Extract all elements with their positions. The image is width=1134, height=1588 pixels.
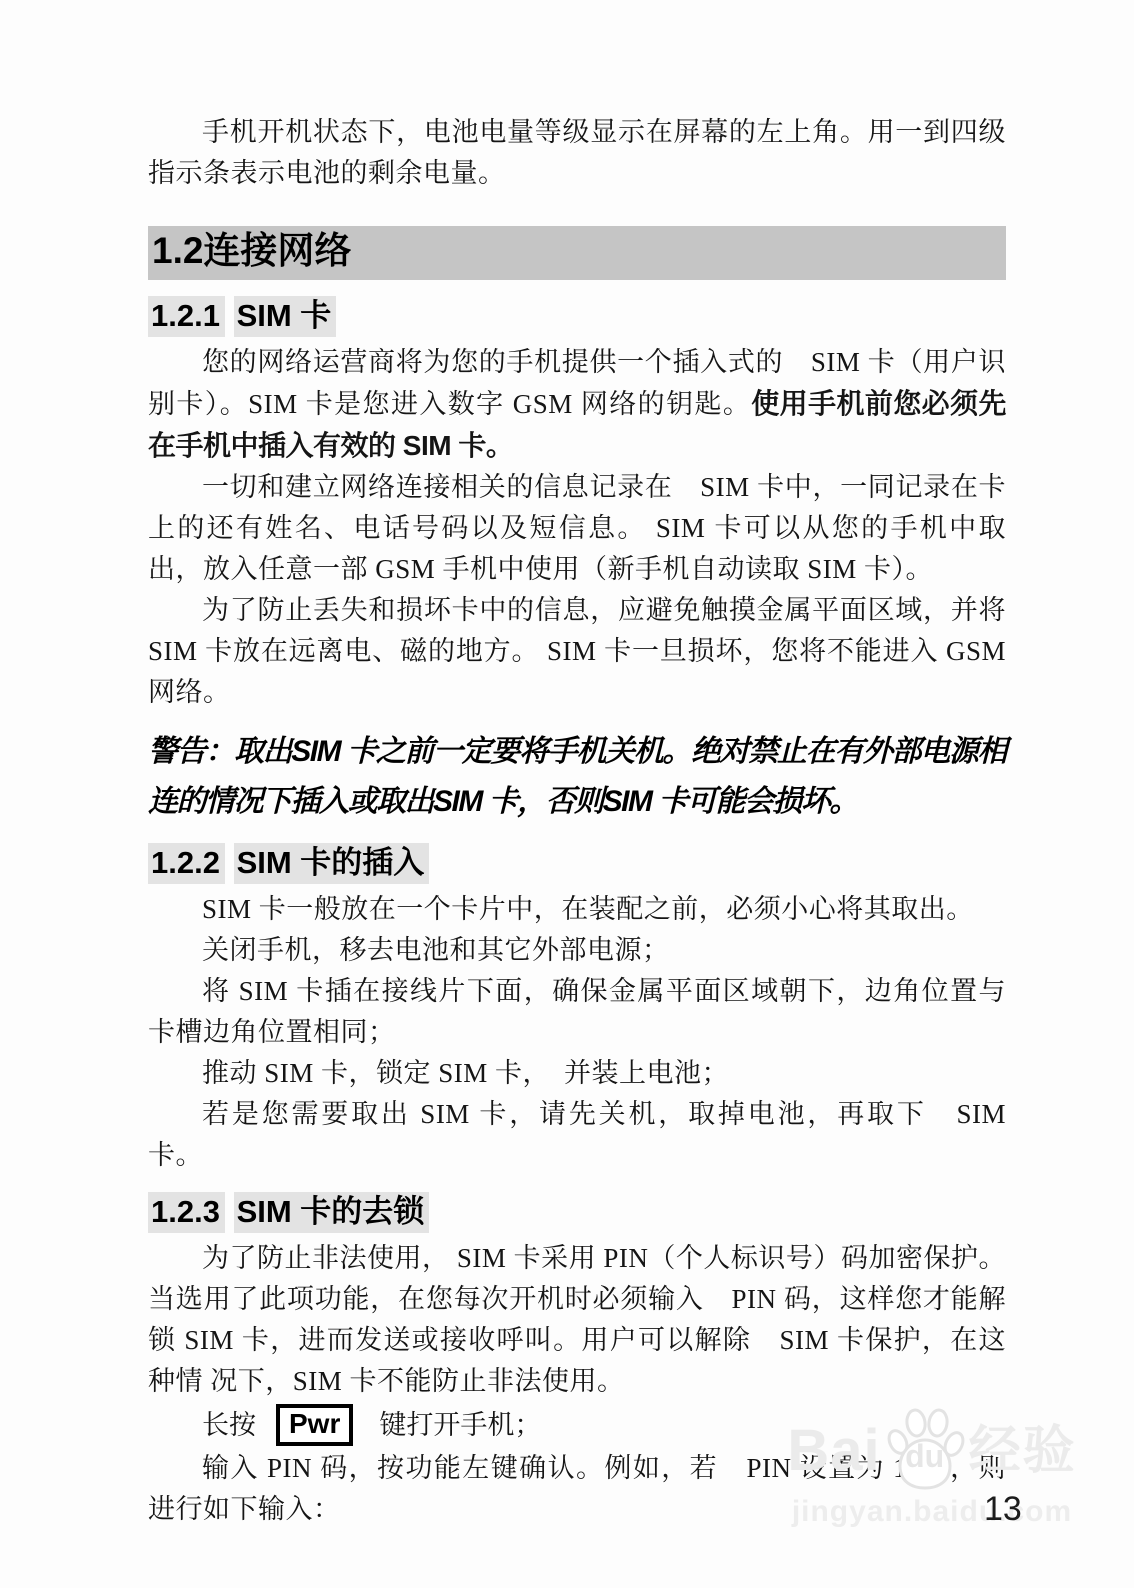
watermark-domain: jingyan.baidu.com — [782, 1494, 1082, 1530]
baidu-jingyan-watermark: Bai du 经验 jingyan.baidu.com — [782, 1408, 1082, 1530]
paragraph: 为了防止丢失和损坏卡中的信息，应避免触摸金属平面区域，并将 SIM 卡放在远离电… — [148, 590, 1006, 713]
watermark-brand-row: Bai du 经验 — [782, 1408, 1082, 1494]
paragraph: 推动 SIM 卡，锁定 SIM 卡， 并装上电池； — [148, 1053, 1006, 1094]
paragraph: 将 SIM 卡插在接线片下面，确保金属平面区域朝下，边角位置与 卡槽边角位置相同… — [148, 971, 1006, 1053]
baidu-paw-icon: du — [883, 1408, 967, 1494]
paragraph: 关闭手机，移去电池和其它外部电源； — [148, 930, 1006, 971]
heading-title: SIM 卡 — [234, 296, 337, 337]
page-content: 手机开机状态下，电池电量等级显示在屏幕的左上角。用一到四级指示条表示电池的剩余电… — [148, 112, 1006, 1530]
section-1-2-title: 1.2连接网络 — [152, 230, 351, 271]
paragraph: 一切和建立网络连接相关的信息记录在 SIM 卡中，一同记录在卡 上的还有姓名、电… — [148, 467, 1006, 590]
warning-paragraph: 警告：取出SIM 卡之前一定要将手机关机。绝对禁止在有外部电源相连的情况下插入或… — [148, 727, 1006, 827]
subsection-heading-1-2-1: 1.2.1 SIM 卡 — [148, 295, 1006, 337]
paragraph: 为了防止非法使用， SIM 卡采用 PIN（个人标识号）码加密保护。当选用了此项… — [148, 1238, 1006, 1402]
heading-number: 1.2.3 — [148, 1192, 225, 1233]
pwr-prefix-text: 长按 — [202, 1402, 256, 1448]
intro-paragraph: 手机开机状态下，电池电量等级显示在屏幕的左上角。用一到四级指示条表示电池的剩余电… — [148, 112, 1006, 194]
paragraph: 您的网络运营商将为您的手机提供一个插入式的 SIM 卡（用户识别卡）。SIM 卡… — [148, 342, 1006, 467]
heading-title: SIM 卡的去锁 — [234, 1192, 430, 1233]
watermark-bai-text: Bai — [787, 1421, 880, 1481]
heading-number: 1.2.1 — [148, 296, 225, 337]
page-number: 13 — [984, 1490, 1022, 1529]
pwr-suffix-text: 键打开手机； — [379, 1402, 541, 1448]
heading-title: SIM 卡的插入 — [234, 843, 430, 884]
subsection-heading-1-2-2: 1.2.2 SIM 卡的插入 — [148, 842, 1006, 884]
paragraph: 若是您需要取出 SIM 卡，请先关机，取掉电池，再取下 SIM 卡。 — [148, 1094, 1006, 1176]
section-1-2-header: 1.2连接网络 — [148, 226, 1006, 280]
watermark-du-text: du — [905, 1426, 944, 1486]
watermark-jingyan-text: 经验 — [969, 1421, 1077, 1481]
document-page: 手机开机状态下，电池电量等级显示在屏幕的左上角。用一到四级指示条表示电池的剩余电… — [0, 0, 1134, 1588]
subsection-heading-1-2-3: 1.2.3 SIM 卡的去锁 — [148, 1191, 1006, 1233]
pwr-key: Pwr — [276, 1404, 353, 1446]
paragraph: SIM 卡一般放在一个卡片中，在装配之前，必须小心将其取出。 — [148, 889, 1006, 930]
heading-number: 1.2.2 — [148, 843, 225, 884]
